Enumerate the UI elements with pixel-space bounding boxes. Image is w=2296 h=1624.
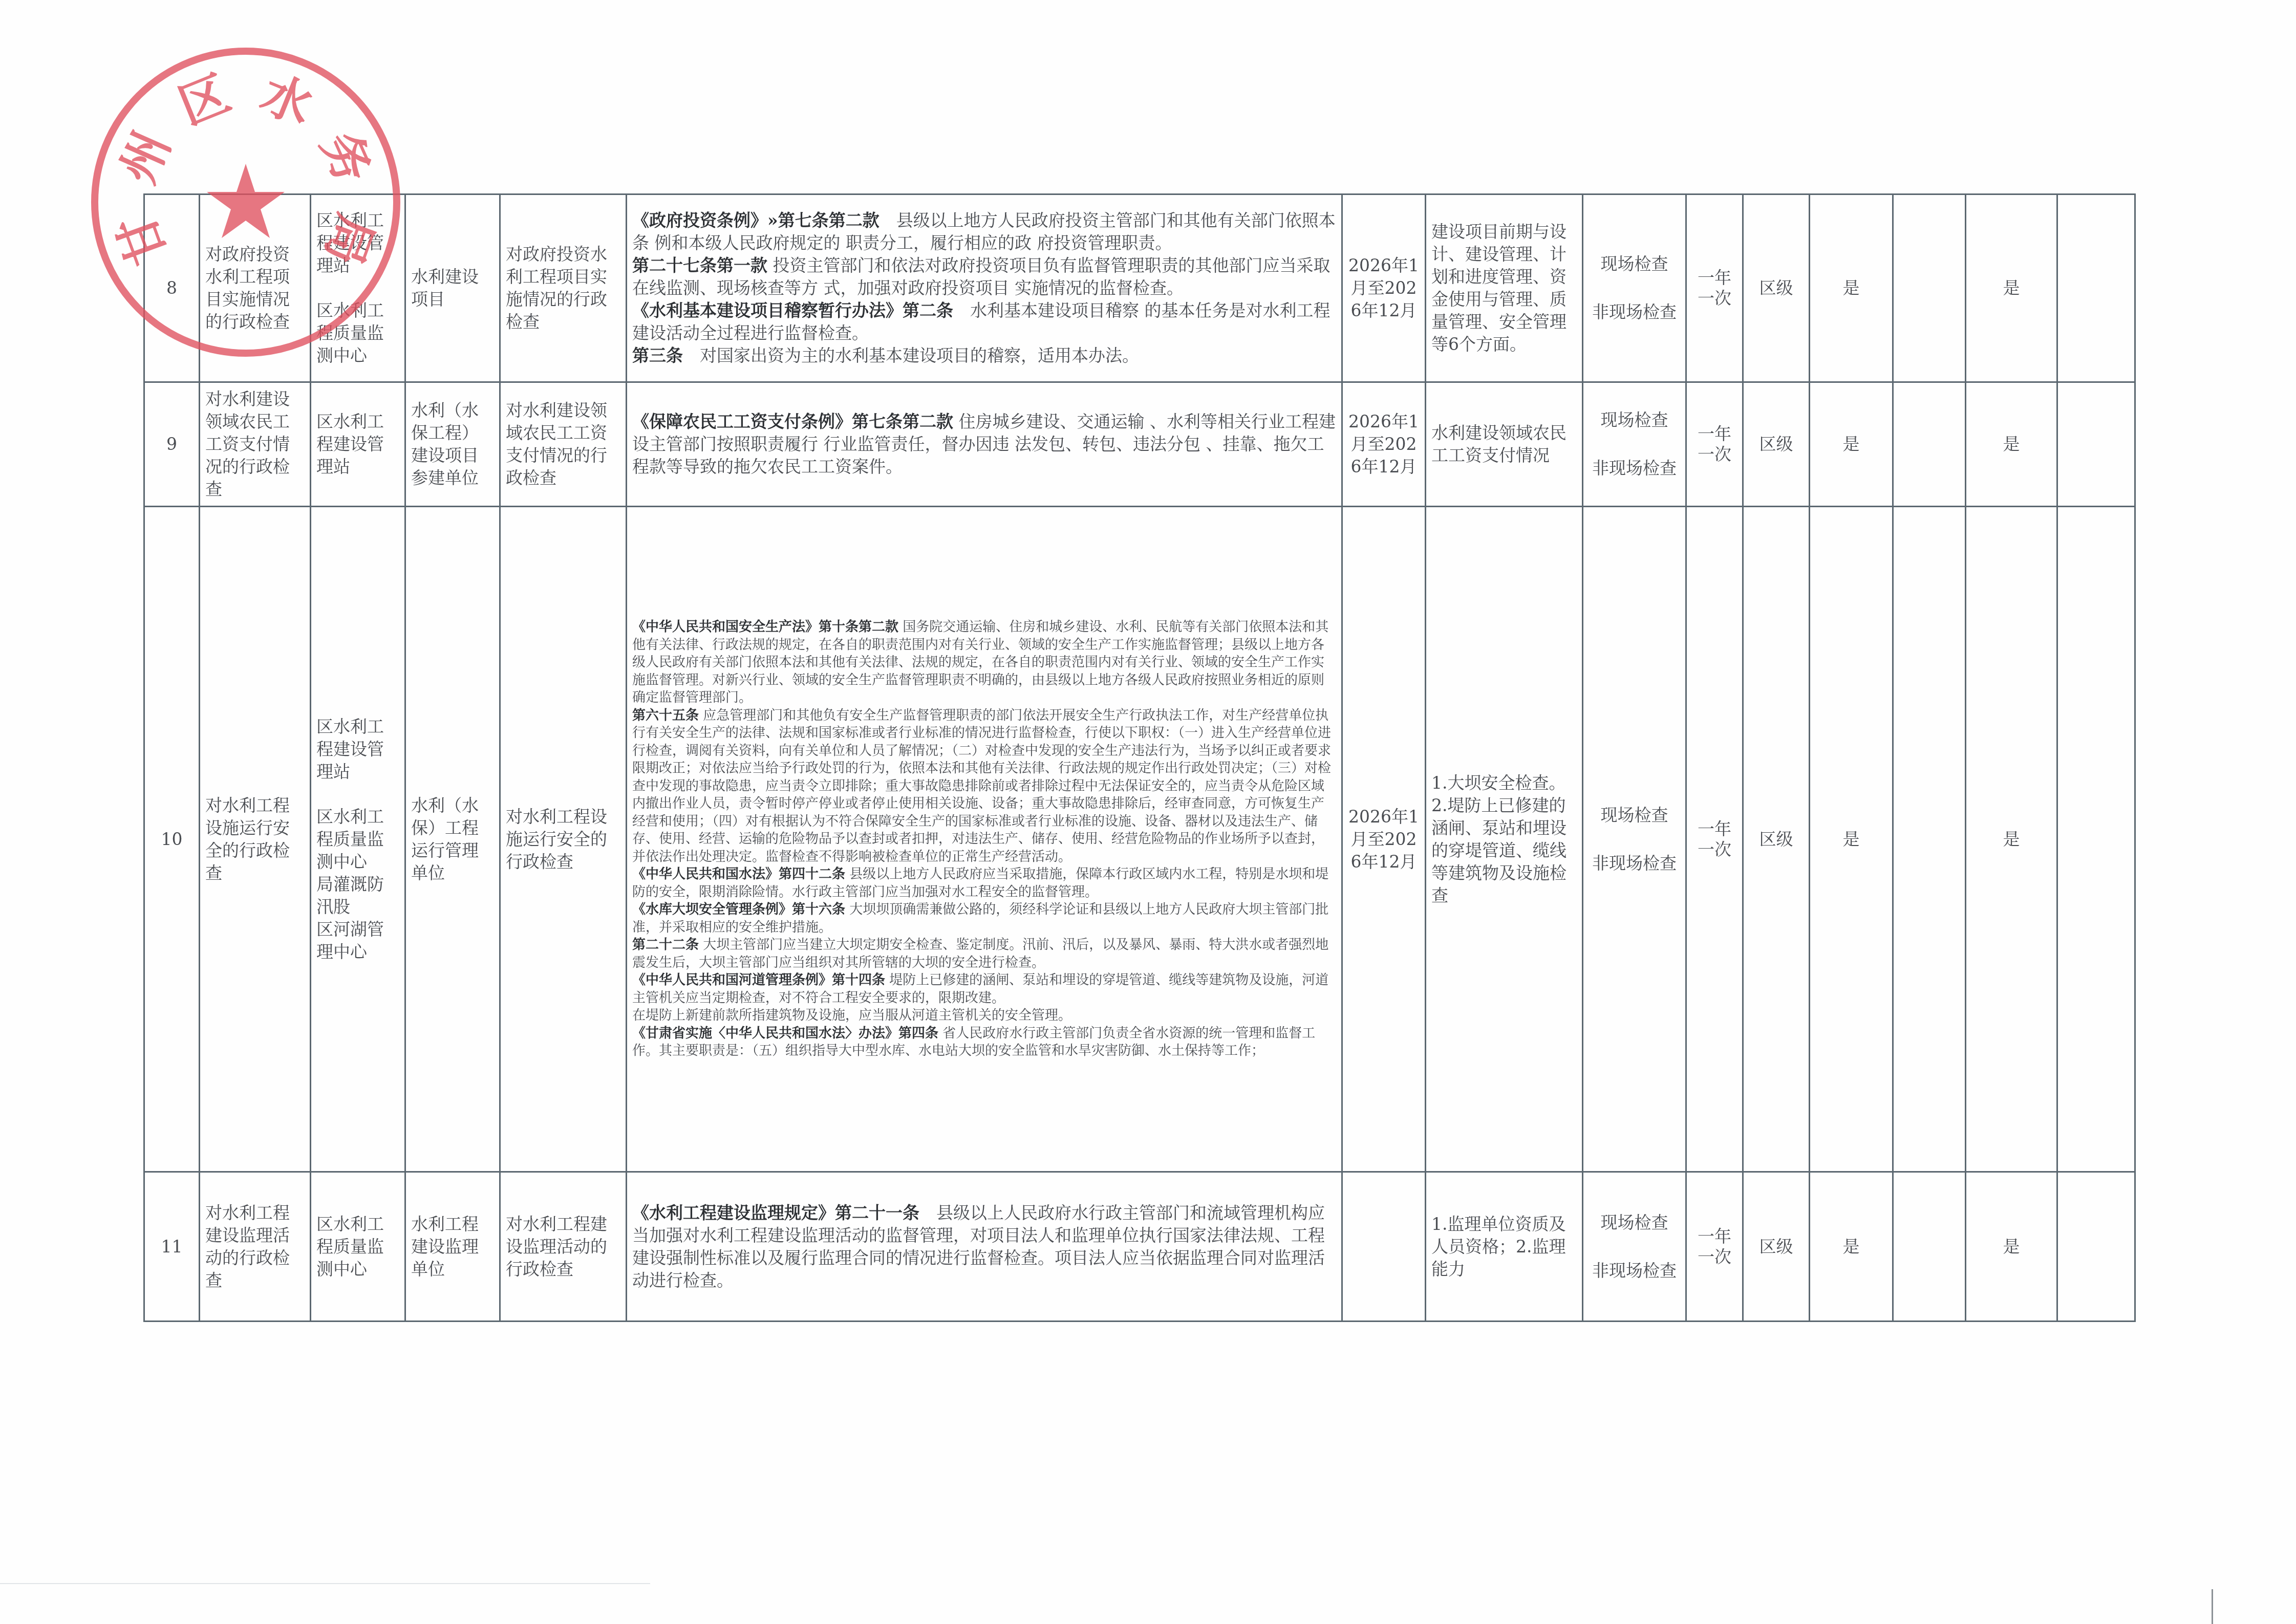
flag-column-c: 是 [1966,1172,2057,1322]
legal-basis: 《水利工程建设监理规定》第二十一条 县级以上人民政府水行政主管部门和流域管理机构… [627,1172,1342,1322]
responsible-department: 区水利工程建设管理站 [311,382,405,507]
flag-column-b [1893,382,1966,507]
inspection-method: 现场检查非现场检查 [1583,194,1686,382]
flag-column-a: 是 [1810,382,1893,507]
inspection-scope: 建设项目前期与设计、建设管理、计划和进度管理、资金使用与管理、质量管理、安全管理… [1426,194,1583,382]
row-number: 11 [144,1172,200,1322]
inspection-frequency: 一年一次 [1686,194,1743,382]
flag-column-c: 是 [1966,194,2057,382]
inspection-target: 水利工程建设监理单位 [405,1172,500,1322]
inspection-period: 2026年1月至2026年12月 [1342,194,1426,382]
inspection-period: 2026年1月至2026年12月 [1342,382,1426,507]
scan-artifact-line [0,1583,650,1584]
inspection-scope: 1.监理单位资质及人员资格；2.监理能力 [1426,1172,1583,1322]
inspection-period [1342,1172,1426,1322]
inspection-method: 现场检查非现场检查 [1583,507,1686,1172]
inspection-content: 对水利建设领域农民工工资支付情况的行政检查 [500,382,627,507]
scan-artifact-mark [2212,1589,2213,1624]
flag-column-a: 是 [1810,1172,1893,1322]
legal-basis: 《政府投资条例》»第七条第二款 县级以上地方人民政府投资主管部门和其他有关部门依… [627,194,1342,382]
flag-column-b [1893,507,1966,1172]
legal-basis: 《保障农民工工资支付条例》第七条第二款 住房城乡建设、交通运输 、水利等相关行业… [627,382,1342,507]
responsible-department: 区水利工程建设管理站区水利工程质量监测中心局灌溉防汛股区河湖管理中心 [311,507,405,1172]
inspection-frequency: 一年一次 [1686,507,1743,1172]
inspection-scope: 1.大坝安全检查。2.堤防上已修建的涵闸、泵站和埋设的穿堤管道、缆线等建筑物及设… [1426,507,1583,1172]
inspection-scope: 水利建设领域农民工工资支付情况 [1426,382,1583,507]
inspection-level: 区级 [1743,194,1810,382]
row-number: 8 [144,194,200,382]
inspection-content: 对水利工程建设监理活动的行政检查 [500,1172,627,1322]
inspection-target: 水利（水保工程）建设项目参建单位 [405,382,500,507]
inspection-level: 区级 [1743,382,1810,507]
flag-column-d [2057,382,2135,507]
inspection-frequency: 一年一次 [1686,1172,1743,1322]
inspection-content: 对水利工程设施运行安全的行政检查 [500,507,627,1172]
inspection-period: 2026年1月至2026年12月 [1342,507,1426,1172]
row-number: 10 [144,507,200,1172]
inspection-frequency: 一年一次 [1686,382,1743,507]
inspection-item: 对水利工程建设监理活动的行政检查 [200,1172,311,1322]
inspection-target: 水利建设项目 [405,194,500,382]
table-row: 8 对政府投资水利工程项目实施情况的行政检查 区水利工程建设管理站区水利工程质量… [144,194,2135,382]
row-number: 9 [144,382,200,507]
flag-column-c: 是 [1966,507,2057,1172]
inspection-item: 对政府投资水利工程项目实施情况的行政检查 [200,194,311,382]
table-row: 10 对水利工程设施运行安全的行政检查 区水利工程建设管理站区水利工程质量监测中… [144,507,2135,1172]
inspection-level: 区级 [1743,1172,1810,1322]
flag-column-d [2057,507,2135,1172]
inspection-content: 对政府投资水利工程项目实施情况的行政检查 [500,194,627,382]
table-row: 11 对水利工程建设监理活动的行政检查 区水利工程质量监测中心 水利工程建设监理… [144,1172,2135,1322]
legal-basis: 《中华人民共和国安全生产法》第十条第二款 国务院交通运输、住房和城乡建设、水利、… [627,507,1342,1172]
svg-text:水: 水 [253,64,320,136]
scanned-document-page: 8 对政府投资水利工程项目实施情况的行政检查 区水利工程建设管理站区水利工程质量… [0,0,2296,1624]
flag-column-a: 是 [1810,194,1893,382]
flag-column-b [1893,194,1966,382]
svg-text:务: 务 [310,123,382,191]
inspection-item: 对水利建设领域农民工工资支付情况的行政检查 [200,382,311,507]
inspection-level: 区级 [1743,507,1810,1172]
inspection-item: 对水利工程设施运行安全的行政检查 [200,507,311,1172]
inspection-items-table: 8 对政府投资水利工程项目实施情况的行政检查 区水利工程建设管理站区水利工程质量… [143,193,2136,1322]
flag-column-c: 是 [1966,382,2057,507]
table-row: 9 对水利建设领域农民工工资支付情况的行政检查 区水利工程建设管理站 水利（水保… [144,382,2135,507]
svg-text:区: 区 [171,64,238,136]
flag-column-d [2057,194,2135,382]
responsible-department: 区水利工程质量监测中心 [311,1172,405,1322]
inspection-target: 水利（水保）工程运行管理单位 [405,507,500,1172]
flag-column-d [2057,1172,2135,1322]
flag-column-a: 是 [1810,507,1893,1172]
responsible-department: 区水利工程建设管理站区水利工程质量监测中心 [311,194,405,382]
inspection-method: 现场检查非现场检查 [1583,1172,1686,1322]
inspection-method: 现场检查非现场检查 [1583,382,1686,507]
svg-text:州: 州 [109,123,181,191]
flag-column-b [1893,1172,1966,1322]
